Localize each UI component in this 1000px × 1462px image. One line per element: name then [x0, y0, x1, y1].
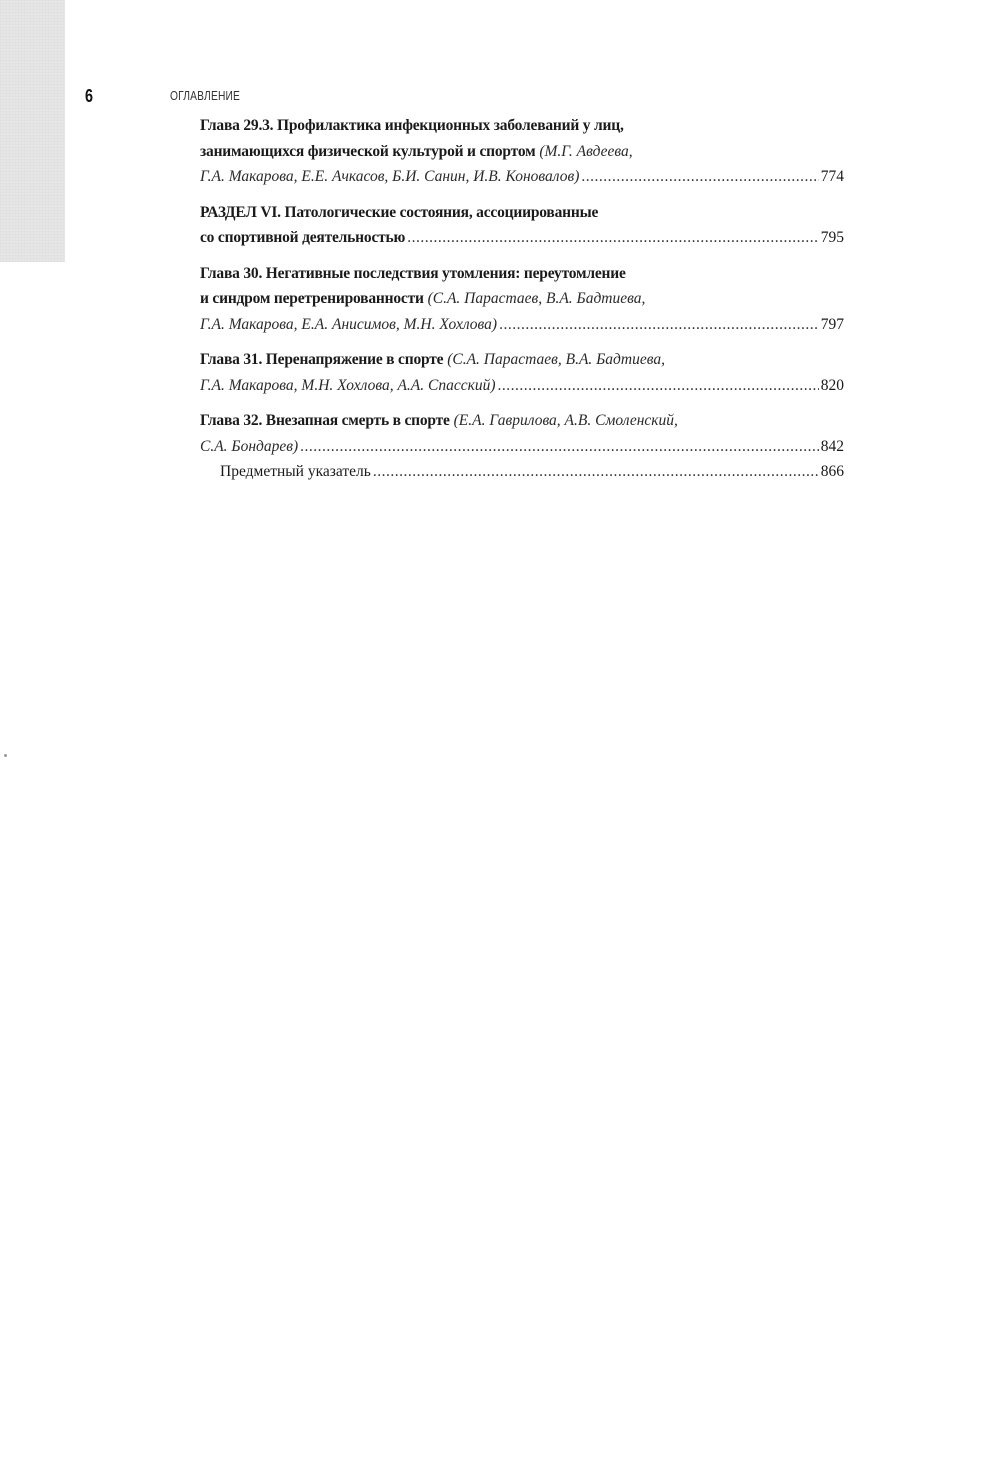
- toc-entry-authors: (М.Г. Авдеева,: [535, 143, 632, 160]
- toc-entry-page: 820: [821, 373, 844, 399]
- page-edge-tab: [0, 0, 65, 262]
- page-number: 6: [85, 86, 93, 107]
- toc-entry-title: Глава 31. Перенапряжение в спорте: [200, 351, 443, 368]
- toc-entry-page: 842: [821, 434, 844, 460]
- toc-entry-authors: (С.А. Парастаев, В.А. Бадтиева,: [424, 290, 646, 307]
- toc-entry-chapter-30[interactable]: Глава 30. Негативные последствия утомлен…: [200, 261, 844, 338]
- dot-leader: [498, 373, 819, 399]
- toc-entry-chapter-29-3[interactable]: Глава 29.3. Профилактика инфекционных за…: [200, 113, 844, 190]
- toc-entry-authors: Г.А. Макарова, Е.А. Анисимов, М.Н. Хохло…: [200, 312, 497, 338]
- toc-entry-title: занимающихся физической культурой и спор…: [200, 143, 535, 160]
- toc-entry-page: 795: [821, 225, 844, 251]
- scan-speck: [4, 754, 7, 757]
- toc-entry-title: со спортивной деятельностью: [200, 225, 405, 251]
- toc-entry-page: 797: [821, 312, 844, 338]
- dot-leader: [373, 459, 819, 485]
- toc-entry-authors: Г.А. Макарова, Е.Е. Ачкасов, Б.И. Санин,…: [200, 164, 579, 190]
- toc-entry-title: Предметный указатель: [220, 459, 371, 485]
- toc-entry-authors: (Е.А. Гаврилова, А.В. Смоленский,: [450, 412, 678, 429]
- dot-leader: [499, 312, 819, 338]
- dot-leader: [407, 225, 819, 251]
- toc-entry-authors: С.А. Бондарев): [200, 434, 298, 460]
- running-head: ОГЛАВЛЕНИЕ: [170, 89, 240, 103]
- toc-entry-title: Глава 32. Внезапная смерть в спорте: [200, 412, 450, 429]
- toc-entry-chapter-31[interactable]: Глава 31. Перенапряжение в спорте (С.А. …: [200, 347, 844, 398]
- dot-leader: [300, 434, 819, 460]
- dot-leader: [581, 164, 818, 190]
- toc-entry-authors: (С.А. Парастаев, В.А. Бадтиева,: [443, 351, 665, 368]
- toc-entry-title: Глава 30. Негативные последствия утомлен…: [200, 261, 844, 287]
- toc-entry-page: 774: [821, 164, 844, 190]
- toc-entry-chapter-32[interactable]: Глава 32. Внезапная смерть в спорте (Е.А…: [200, 408, 844, 459]
- toc-entry-title: и синдром перетренированности: [200, 290, 424, 307]
- toc-entry-subject-index[interactable]: Предметный указатель 866: [200, 459, 844, 485]
- toc-entry-authors: Г.А. Макарова, М.Н. Хохлова, А.А. Спасск…: [200, 373, 496, 399]
- table-of-contents: Глава 29.3. Профилактика инфекционных за…: [200, 113, 844, 495]
- toc-entry-title: Глава 29.3. Профилактика инфекционных за…: [200, 113, 844, 139]
- toc-entry-page: 866: [821, 459, 844, 485]
- toc-entry-title: РАЗДЕЛ VI. Патологические состояния, асс…: [200, 200, 844, 226]
- toc-entry-section-vi[interactable]: РАЗДЕЛ VI. Патологические состояния, асс…: [200, 200, 844, 251]
